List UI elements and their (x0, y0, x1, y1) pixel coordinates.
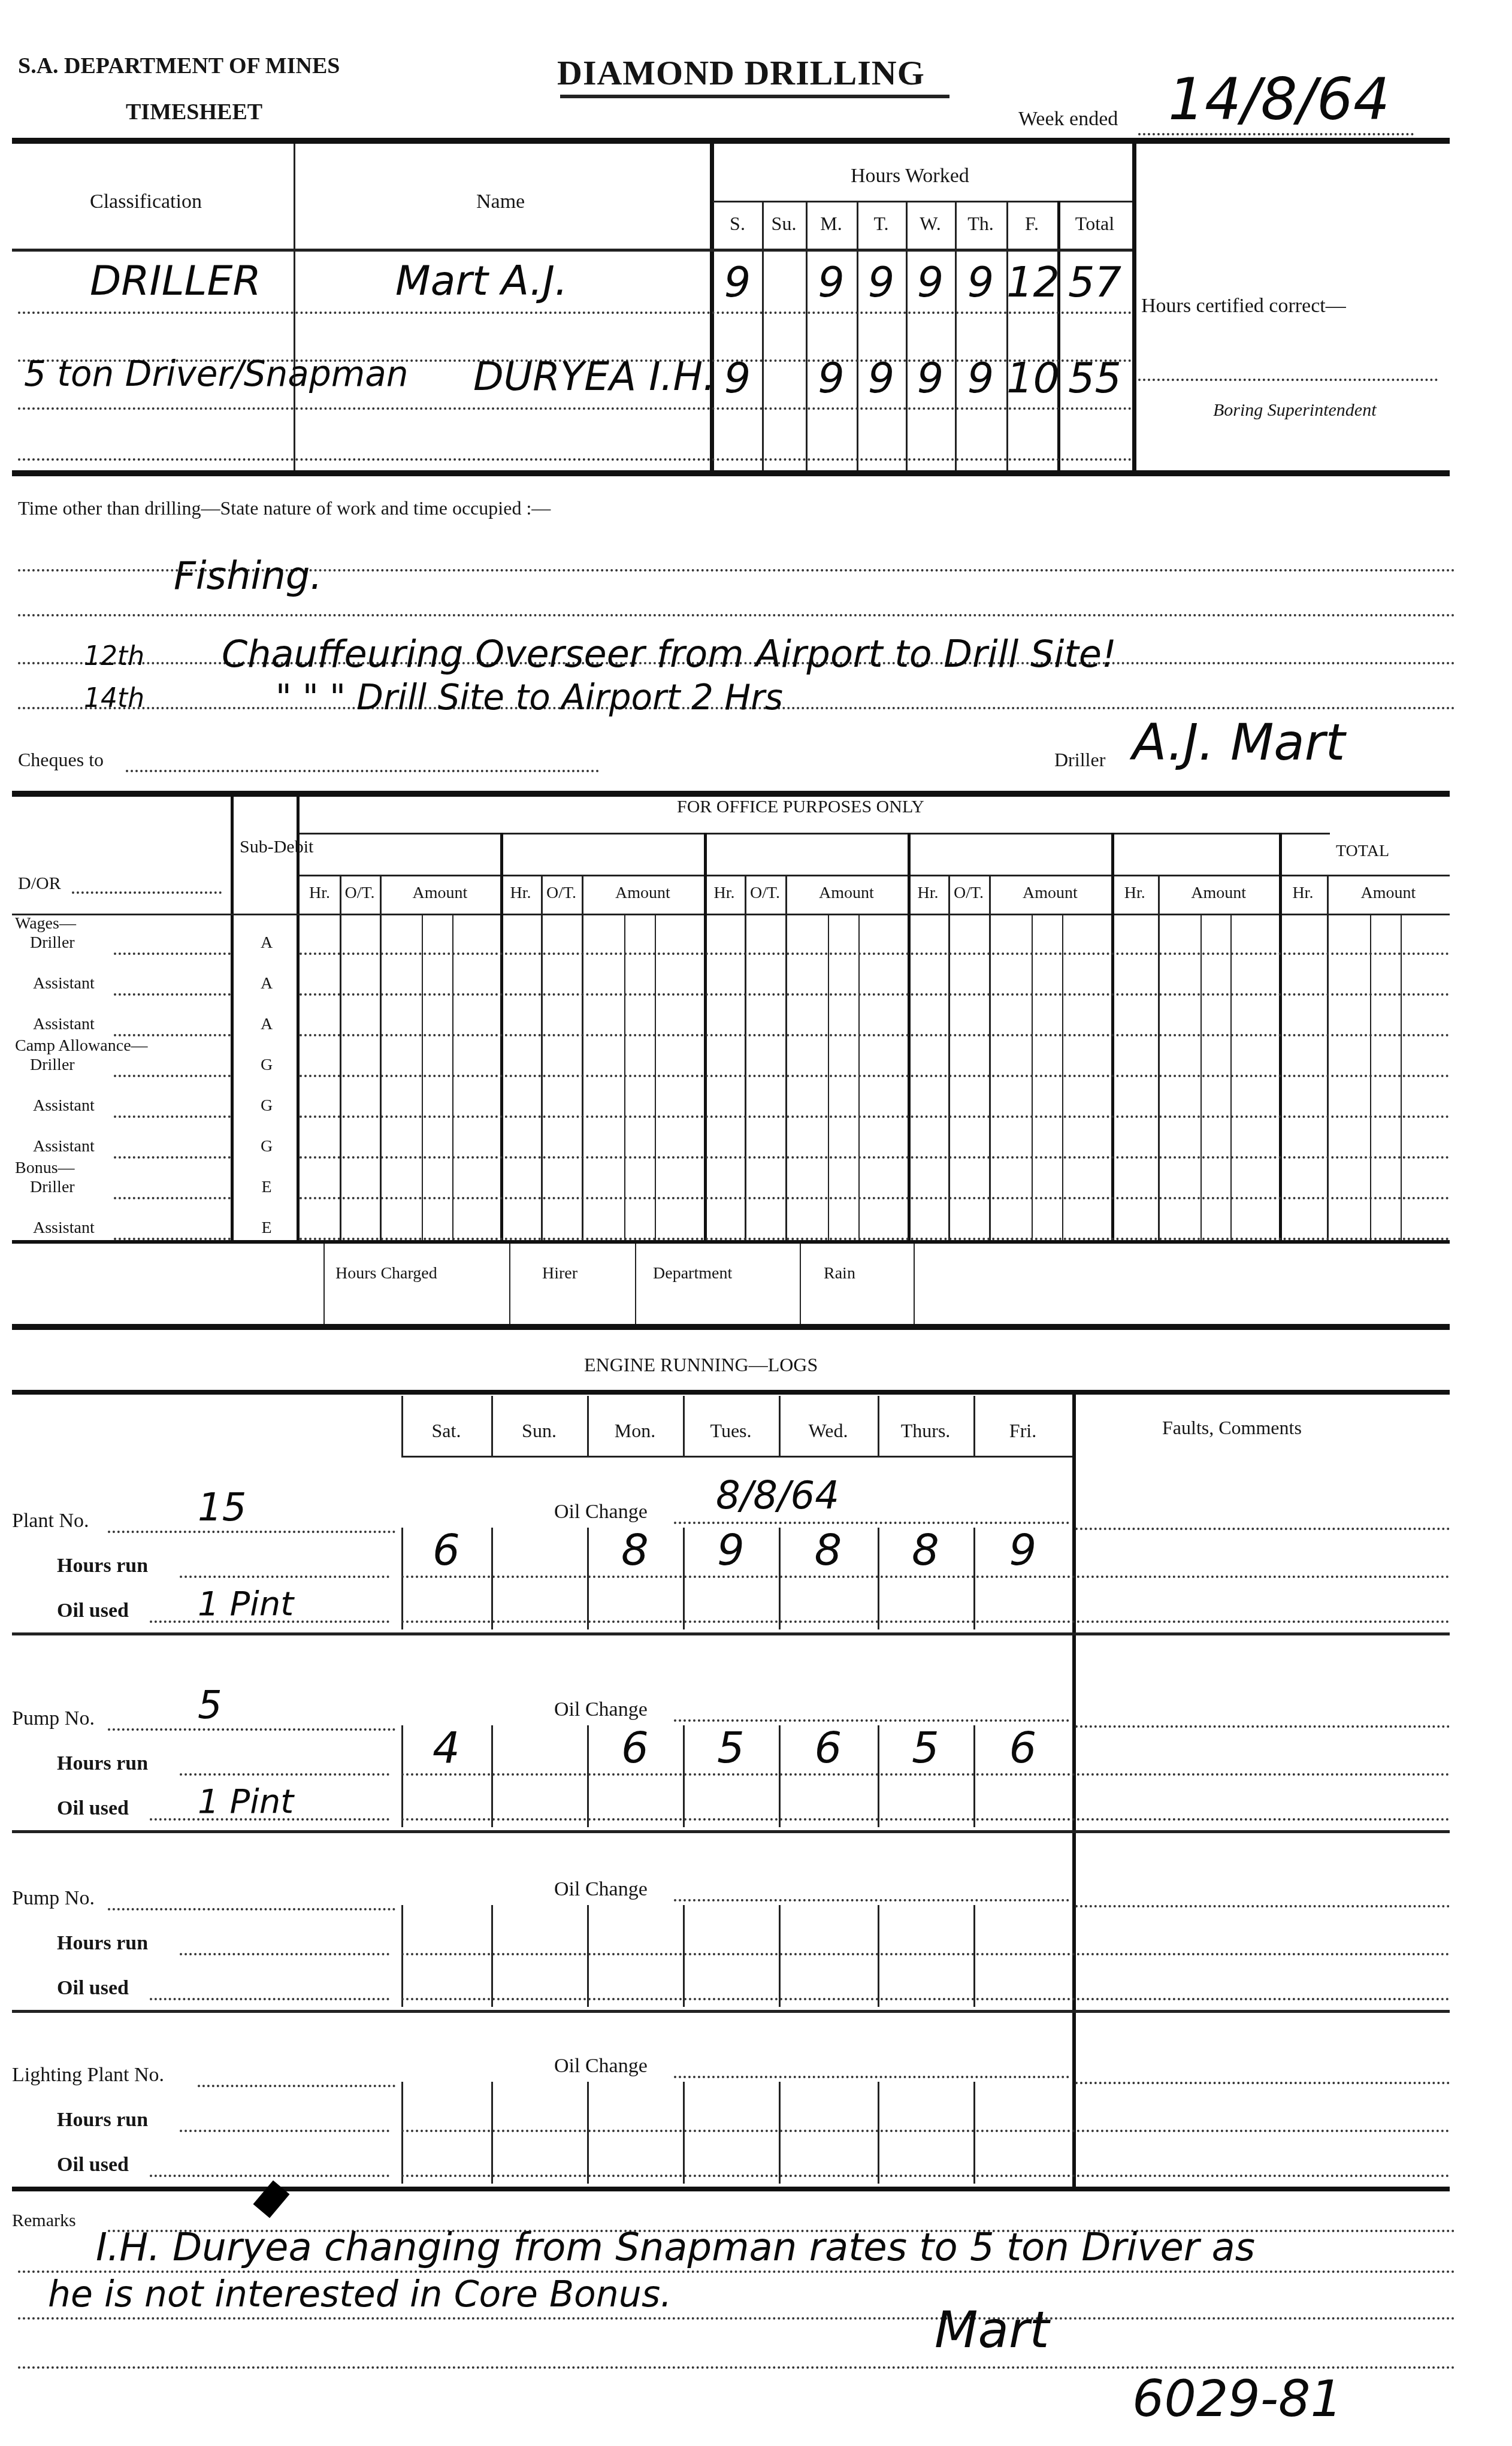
dor-label: D/OR (18, 873, 61, 894)
oil-used-label: Oil used (57, 1797, 129, 1820)
oil-change-label: Oil Change (554, 1878, 648, 1901)
office-row-group: Camp Allowance— (15, 1036, 148, 1056)
hours-certified-label: Hours certified correct— (1141, 295, 1346, 318)
office-col-header: Hr. (1279, 884, 1327, 903)
office-row-label: Assistant (33, 1219, 95, 1238)
charge-label: Rain (824, 1264, 855, 1283)
charge-label: Department (653, 1264, 732, 1283)
driller-signature[interactable]: A.J. Mart (1132, 713, 1345, 772)
office-col-header: Hr. (300, 884, 340, 903)
hours-cell[interactable]: 9 (906, 353, 955, 403)
engine-logs-title: ENGINE RUNNING—LOGS (584, 1354, 818, 1376)
office-row-code: E (252, 1219, 282, 1238)
office-row-code: A (252, 1015, 282, 1034)
day-header: Th. (955, 213, 1006, 235)
office-col-header: Amount (1158, 884, 1279, 903)
engine-day-header: Thurs. (878, 1420, 973, 1442)
engine-hours-cell[interactable]: 6 (779, 1722, 878, 1773)
office-col-header: Hr. (704, 884, 745, 903)
hours-run-label: Hours run (57, 2109, 148, 2131)
hours-cell[interactable]: 9 (806, 353, 857, 403)
hours-cell[interactable]: 9 (955, 258, 1006, 307)
cheques-to-label: Cheques to (18, 749, 104, 771)
charge-label: Hirer (542, 1264, 577, 1283)
office-col-header: Hr. (1111, 884, 1158, 903)
hours-cell[interactable]: 9 (857, 353, 906, 403)
engine-day-header: Wed. (779, 1420, 878, 1442)
office-row-label: Assistant (33, 1015, 95, 1034)
hours-run-label: Hours run (57, 1932, 148, 1955)
engine-section-label: Pump No. (12, 1887, 95, 1910)
oil-change-label: Oil Change (554, 1501, 648, 1523)
engine-day-header: Fri. (973, 1420, 1072, 1442)
week-ended-label: Week ended (1018, 108, 1118, 131)
engine-hours-cell[interactable]: 6 (973, 1722, 1072, 1773)
office-col-header: Amount (582, 884, 704, 903)
hours-cell[interactable]: 9 (857, 258, 906, 307)
day-header: F. (1006, 213, 1057, 235)
office-col-header: Amount (1327, 884, 1450, 903)
other-time-day-3: 14th (84, 683, 144, 713)
engine-hours-cell[interactable]: 8 (587, 1525, 683, 1575)
engine-section-label: Plant No. (12, 1510, 89, 1532)
hours-run-label: Hours run (57, 1752, 148, 1775)
engine-hours-cell[interactable]: 6 (401, 1525, 491, 1575)
engine-section-number[interactable]: 5 (198, 1683, 222, 1728)
engine-day-header: Tues. (683, 1420, 779, 1442)
office-title: FOR OFFICE PURPOSES ONLY (677, 797, 924, 817)
office-total-label: TOTAL (1336, 842, 1389, 861)
hours-cell[interactable]: 9 (906, 258, 955, 307)
day-header: T. (857, 213, 906, 235)
day-header: Total (1057, 213, 1132, 235)
oil-used-value[interactable]: 1 Pint (198, 1782, 294, 1821)
hours-run-label: Hours run (57, 1555, 148, 1577)
office-col-header: Amount (380, 884, 500, 903)
engine-hours-cell[interactable]: 9 (683, 1525, 779, 1575)
hours-cell[interactable]: 9 (955, 353, 1006, 403)
row-classification[interactable]: DRILLER (90, 258, 261, 305)
engine-section-number[interactable]: 15 (198, 1486, 246, 1530)
oil-used-label: Oil used (57, 1977, 129, 2000)
office-col-header: O/T. (541, 884, 582, 903)
hours-cell[interactable]: 57 (1057, 258, 1132, 307)
oil-change-date[interactable]: 8/8/64 (716, 1474, 839, 1518)
faults-comments-label: Faults, Comments (1162, 1417, 1302, 1439)
remarks-line-2[interactable]: he is not interested in Core Bonus. (48, 2273, 672, 2315)
office-row-label: Driller (30, 933, 75, 953)
subdebit-label: Sub-Debit (240, 837, 282, 857)
office-row-code: A (252, 974, 282, 993)
reference-number: 6029-81 (1132, 2369, 1342, 2428)
office-row-code: G (252, 1137, 282, 1156)
hours-cell[interactable]: 9 (713, 258, 762, 307)
oil-change-label: Oil Change (554, 1698, 648, 1721)
engine-hours-cell[interactable]: 6 (587, 1722, 683, 1773)
office-row-label: Assistant (33, 1137, 95, 1156)
classification-header: Classification (90, 191, 202, 213)
office-row-code: G (252, 1096, 282, 1115)
other-time-entry-2[interactable]: Chauffeuring Overseer from Airport to Dr… (222, 632, 1117, 676)
row-classification[interactable]: 5 ton Driver/Snapman (24, 353, 409, 394)
row-name[interactable]: Mart A.J. (395, 258, 568, 305)
office-row-group: Wages— (15, 914, 76, 933)
hours-cell[interactable]: 12 (1006, 258, 1057, 307)
hours-cell[interactable]: 10 (1006, 353, 1057, 403)
hours-cell[interactable]: 9 (713, 353, 762, 403)
office-col-header: Amount (989, 884, 1111, 903)
office-row-code: A (252, 933, 282, 953)
office-col-header: Hr. (908, 884, 948, 903)
office-row-label: Assistant (33, 1096, 95, 1115)
redaction-mark (253, 2181, 289, 2218)
remarks-signature[interactable]: Mart (935, 2300, 1049, 2359)
oil-used-label: Oil used (57, 2154, 129, 2176)
remarks-line-1[interactable]: I.H. Duryea changing from Snapman rates … (96, 2226, 1255, 2270)
office-col-header: O/T. (340, 884, 380, 903)
office-col-header: O/T. (745, 884, 785, 903)
day-header: W. (906, 213, 955, 235)
oil-change-label: Oil Change (554, 2055, 648, 2078)
superintendent-label: Boring Superintendent (1213, 400, 1376, 421)
engine-hours-cell[interactable]: 5 (878, 1722, 973, 1773)
other-time-label: Time other than drilling—State nature of… (18, 497, 551, 519)
name-header: Name (476, 191, 525, 213)
oil-used-value[interactable]: 1 Pint (198, 1585, 294, 1623)
other-time-entry-3[interactable]: " " " Drill Site to Airport 2 Hrs (276, 677, 783, 718)
hours-worked-header: Hours Worked (851, 165, 969, 188)
day-header: Su. (762, 213, 806, 235)
day-header: M. (806, 213, 857, 235)
engine-section-label: Pump No. (12, 1707, 95, 1730)
charge-label: Hours Charged (335, 1264, 437, 1283)
engine-day-header: Mon. (587, 1420, 683, 1442)
oil-used-label: Oil used (57, 1600, 129, 1622)
office-col-header: O/T. (948, 884, 989, 903)
office-row-code: E (252, 1178, 282, 1197)
driller-label: Driller (1054, 749, 1105, 771)
office-row-label: Driller (30, 1178, 75, 1197)
engine-day-header: Sun. (491, 1420, 587, 1442)
office-col-header: Amount (785, 884, 908, 903)
other-time-entry-1[interactable]: Fishing. (174, 554, 322, 598)
hours-cell[interactable]: 55 (1057, 353, 1132, 403)
office-row-label: Driller (30, 1056, 75, 1075)
engine-hours-cell[interactable]: 8 (878, 1525, 973, 1575)
engine-hours-cell[interactable]: 9 (973, 1525, 1072, 1575)
engine-hours-cell[interactable]: 5 (683, 1722, 779, 1773)
other-time-day-2: 12th (84, 641, 144, 672)
office-row-label: Assistant (33, 974, 95, 993)
row-name[interactable]: DURYEA I.H. (473, 353, 715, 400)
hours-cell[interactable]: 9 (806, 258, 857, 307)
form-title: DIAMOND DRILLING (557, 53, 925, 93)
office-row-code: G (252, 1056, 282, 1075)
engine-hours-cell[interactable]: 4 (401, 1722, 491, 1773)
engine-hours-cell[interactable]: 8 (779, 1525, 878, 1575)
form-type: TIMESHEET (126, 99, 262, 125)
day-header: S. (713, 213, 762, 235)
week-ended-value[interactable]: 14/8/64 (1168, 66, 1390, 133)
remarks-label: Remarks (12, 2211, 76, 2231)
department-name: S.A. DEPARTMENT OF MINES (18, 53, 340, 79)
office-col-header: Hr. (500, 884, 541, 903)
engine-section-label: Lighting Plant No. (12, 2064, 164, 2087)
engine-day-header: Sat. (401, 1420, 491, 1442)
office-row-group: Bonus— (15, 1159, 75, 1178)
